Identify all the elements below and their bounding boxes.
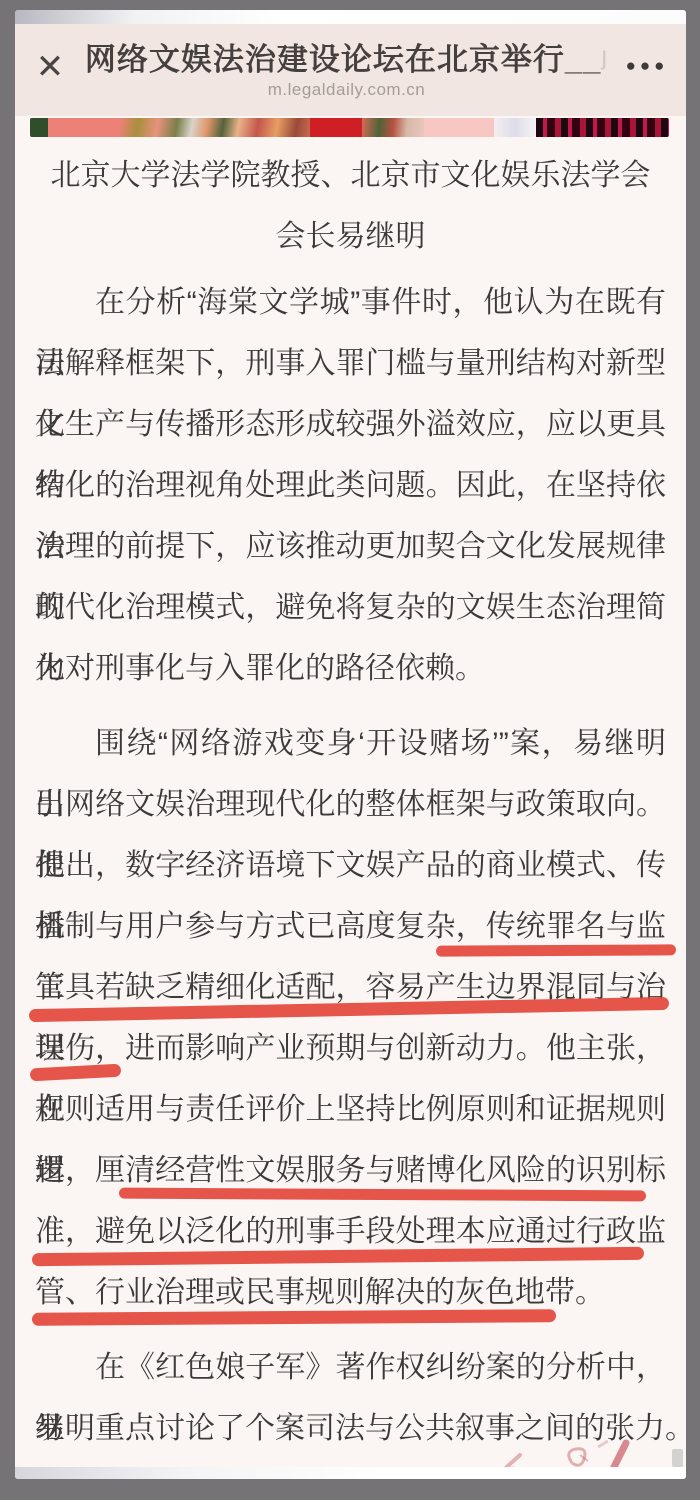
photo-fragment [536,118,669,137]
photo-fragment [48,118,120,137]
text-line: 提出，数字经济语境下文娱产品的商业模式、传播 [35,835,666,896]
text-line: 工具若缺乏精细化适配，容易产生边界混同与治理 [35,957,666,1018]
text-line: 治理的前提下，应该推动更加契合文化发展规律的 [35,516,666,577]
photo-fragment [30,118,48,137]
red-underline [436,944,676,956]
text-line: 法解释框架下，刑事入罪门槛与量刑结构对新型文 [35,333,666,394]
red-underline [119,1188,646,1202]
photo-fragment [494,118,536,137]
text-line: 在分析“海棠文学城”事件时，他认为在既有司 [35,272,666,333]
text-line: 继明重点讨论了个案司法与公共叙事之间的张力。 [35,1398,666,1459]
text-line: 误伤，进而影响产业预期与创新动力。他主张，在 [35,1018,666,1079]
close-icon[interactable]: ✕ [15,50,85,84]
status-bar-strip [15,10,686,24]
title-truncated-char: ȷ [601,40,608,70]
text-line-text: 管、行业治理或民事规则解决的灰色地带。 [35,1276,605,1309]
article-body: 北京大学法学院教授、北京市文化娱乐法学会 会长易继明 在分析“海棠文学城”事件时… [15,145,686,1459]
text-line: 准，避免以泛化的刑事手段处理本应通过行政监 [35,1201,666,1262]
article-photo-strip [30,118,669,137]
page-title: 网络文娱法治建设论坛在北京举行__ȷ [85,40,608,78]
text-line: 现代化治理模式，避免将复杂的文娱生态治理简化 [35,577,666,638]
caption-line: 北京大学法学院教授、北京市文化娱乐法学会 [35,145,666,206]
page-url: m.legaldaily.com.cn [268,80,426,100]
text-line: 出网络文娱治理现代化的整体框架与政策取向。他 [35,774,666,835]
photo-fragment [362,118,424,137]
text-line: 围绕“网络游戏变身‘开设赌场’”案，易继明引 [35,713,666,774]
text-line: 机制与用户参与方式已高度复杂，传统罪名与监管 [35,896,666,957]
photo-fragment [120,118,310,137]
text-line: 在《红色娘子军》著作权纠纷案的分析中，易 [35,1337,666,1398]
photo-fragment [424,118,494,137]
photo-caption: 北京大学法学院教授、北京市文化娱乐法学会 会长易继明 [35,145,666,267]
paragraph-1: 在分析“海棠文学城”事件时，他认为在既有司 法解释框架下，刑事入罪门槛与量刑结构… [35,272,666,699]
more-menu-icon[interactable]: ●●● [608,56,686,76]
text-line-text: 辑，厘清经营性文娱服务与赌博化风险的识别标 [35,1154,666,1187]
page-title-text: 网络文娱法治建设论坛在北京举行__ [85,42,601,77]
text-line: 为对刑事化与入罪化的路径依赖。 [35,638,666,699]
paragraph-2: 围绕“网络游戏变身‘开设赌场’”案，易继明引 出网络文娱治理现代化的整体框架与政… [35,713,666,1323]
browser-header: ✕ 网络文娱法治建设论坛在北京举行__ȷ m.legaldaily.com.cn… [15,24,686,116]
text-line: 化生产与传播形态形成较强外溢效应，应以更具结 [35,394,666,455]
text-line: 辑，厘清经营性文娱服务与赌博化风险的识别标 [35,1140,666,1201]
browser-window: ✕ 网络文娱法治建设论坛在北京举行__ȷ m.legaldaily.com.cn… [15,10,686,1479]
header-title-block: 网络文娱法治建设论坛在北京举行__ȷ m.legaldaily.com.cn [85,40,608,99]
text-line-text: 准，避免以泛化的刑事手段处理本应通过行政监 [35,1215,666,1248]
text-line: 构化的治理视角处理此类问题。因此，在坚持依法 [35,455,666,516]
bottom-edge-strip [15,1467,686,1479]
text-line: 管、行业治理或民事规则解决的灰色地带。 [35,1262,666,1323]
text-line: 规则适用与责任评价上坚持比例原则和证据规则逻 [35,1079,666,1140]
red-underline [32,1309,556,1326]
photo-fragment [310,118,362,137]
paragraph-3: 在《红色娘子军》著作权纠纷案的分析中，易 继明重点讨论了个案司法与公共叙事之间的… [35,1337,666,1459]
caption-line: 会长易继明 [35,206,666,267]
